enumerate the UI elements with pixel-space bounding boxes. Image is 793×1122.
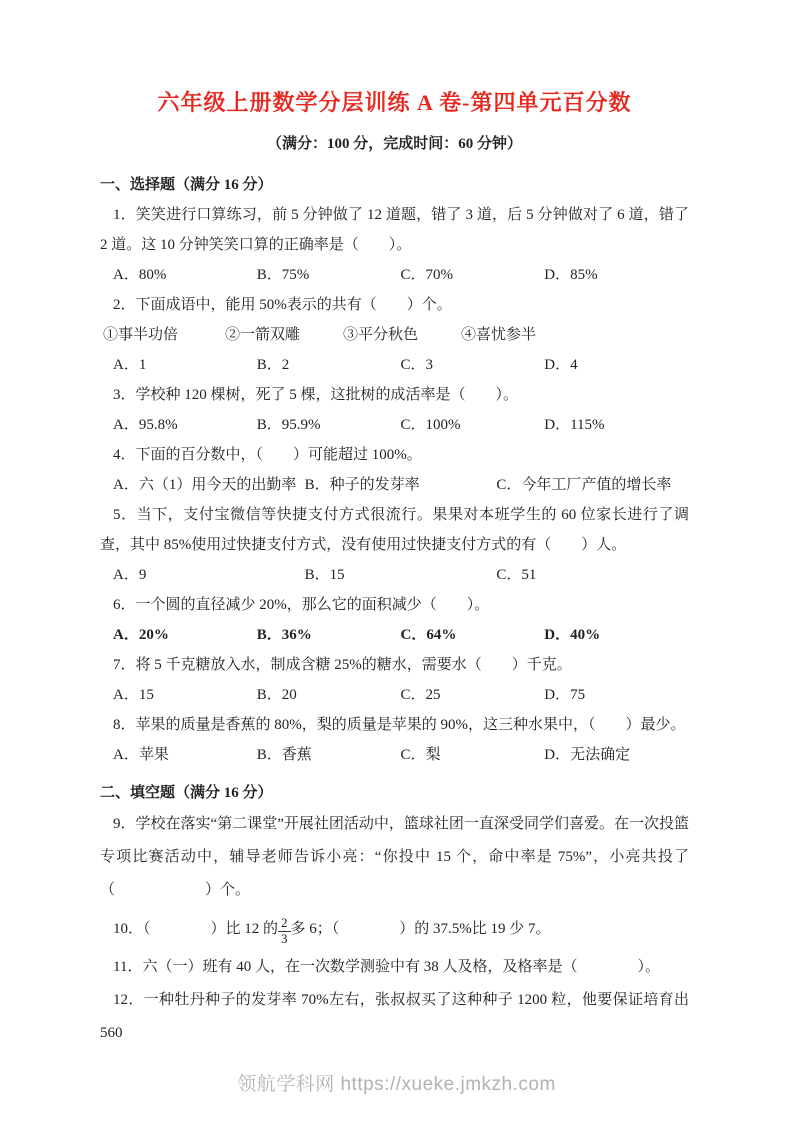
question-2-text: 2．下面成语中，能用 50%表示的共有（ ）个。 <box>100 290 689 320</box>
question-7-text: 7．将 5 千克糖放入水，制成含糖 25%的糖水，需要水（ ）千克。 <box>100 650 689 680</box>
option-5-a: A．9 <box>113 560 305 590</box>
option-4-c: C．今年工厂产值的增长率 <box>496 470 688 500</box>
option-8-b: B．香蕉 <box>257 740 401 770</box>
idiom-4: ④喜忧参半 <box>461 320 678 350</box>
section-2: 二、填空题（满分 16 分） 9．学校在落实“第二课堂”开展社团活动中，篮球社团… <box>100 778 689 1050</box>
question-1-text: 1．笑笑进行口算练习，前 5 分钟做了 12 道题，错了 3 道，后 5 分钟做… <box>100 200 689 260</box>
footer-watermark: 领航学科网 https://xueke.jmkzh.com <box>0 1069 793 1096</box>
option-5-b: B．15 <box>305 560 497 590</box>
fraction-two-thirds: 23 <box>278 916 291 947</box>
page-title: 六年级上册数学分层训练 A 卷-第四单元百分数 <box>100 88 689 118</box>
section-2-heading: 二、填空题（满分 16 分） <box>100 778 689 808</box>
option-1-b: B．75% <box>257 260 401 290</box>
option-6-a: A．20% <box>113 620 257 650</box>
option-2-a: A．1 <box>113 350 257 380</box>
option-7-c: C．25 <box>401 680 545 710</box>
option-8-d: D．无法确定 <box>544 740 688 770</box>
question-5-options: A．9 B．15 C．51 <box>113 560 688 590</box>
option-2-c: C．3 <box>401 350 545 380</box>
question-4-text: 4．下面的百分数中，（ ）可能超过 100%。 <box>100 440 689 470</box>
option-6-c: C．64% <box>401 620 545 650</box>
question-2-idioms: ①事半功倍 ②一箭双雕 ③平分秋色 ④喜忧参半 <box>103 320 678 350</box>
question-10-post: 多 6；（ ）的 37.5%比 19 少 7。 <box>291 921 551 937</box>
exam-page: 六年级上册数学分层训练 A 卷-第四单元百分数 （满分：100 分，完成时间：6… <box>0 0 793 1050</box>
option-4-b: B．种子的发芽率 <box>305 470 497 500</box>
idiom-2: ②一箭双雕 <box>225 320 343 350</box>
question-2-options: A．1 B．2 C．3 D．4 <box>113 350 688 380</box>
option-2-b: B．2 <box>257 350 401 380</box>
option-6-b: B．36% <box>257 620 401 650</box>
option-6-d: D．40% <box>544 620 688 650</box>
question-9-text: 9．学校在落实“第二课堂”开展社团活动中，篮球社团一直深受同学们喜爱。在一次投篮… <box>100 808 689 907</box>
option-3-d: D．115% <box>544 410 688 440</box>
option-5-c: C．51 <box>496 560 688 590</box>
question-10-pre: 10．（ ）比 12 的 <box>113 921 278 937</box>
idiom-1: ①事半功倍 <box>103 320 225 350</box>
question-11-text: 11．六（一）班有 40 人，在一次数学测验中有 38 人及格，及格率是（ ）。 <box>100 951 689 984</box>
option-3-c: C．100% <box>401 410 545 440</box>
option-1-d: D．85% <box>544 260 688 290</box>
question-4-options: A．六（1）用今天的出勤率 B．种子的发芽率 C．今年工厂产值的增长率 <box>113 470 688 500</box>
option-8-a: A．苹果 <box>113 740 257 770</box>
option-3-b: B．95.9% <box>257 410 401 440</box>
option-7-d: D．75 <box>544 680 688 710</box>
option-8-c: C．梨 <box>401 740 545 770</box>
option-7-a: A．15 <box>113 680 257 710</box>
option-3-a: A．95.8% <box>113 410 257 440</box>
page-subtitle: （满分：100 分，完成时间：60 分钟） <box>100 132 689 156</box>
fraction-denominator: 3 <box>278 932 291 947</box>
question-8-options: A．苹果 B．香蕉 C．梨 D．无法确定 <box>113 740 688 770</box>
question-12-text: 12．一种牡丹种子的发芽率 70%左右，张叔叔买了这种种子 1200 粒，他要保… <box>100 984 689 1050</box>
question-6-options: A．20% B．36% C．64% D．40% <box>113 620 688 650</box>
question-3-options: A．95.8% B．95.9% C．100% D．115% <box>113 410 688 440</box>
question-8-text: 8．苹果的质量是香蕉的 80%，梨的质量是苹果的 90%，这三种水果中，（ ）最… <box>100 710 689 740</box>
option-1-c: C．70% <box>401 260 545 290</box>
question-5-text: 5．当下，支付宝微信等快捷支付方式很流行。果果对本班学生的 60 位家长进行了调… <box>100 500 689 560</box>
option-7-b: B．20 <box>257 680 401 710</box>
question-6-text: 6．一个圆的直径减少 20%，那么它的面积减少（ ）。 <box>100 590 689 620</box>
question-7-options: A．15 B．20 C．25 D．75 <box>113 680 688 710</box>
option-4-a: A．六（1）用今天的出勤率 <box>113 470 305 500</box>
fraction-numerator: 2 <box>278 916 291 932</box>
section-1-heading: 一、选择题（满分 16 分） <box>100 170 689 200</box>
question-3-text: 3．学校种 120 棵树，死了 5 棵，这批树的成活率是（ ）。 <box>100 380 689 410</box>
idiom-3: ③平分秋色 <box>343 320 461 350</box>
option-2-d: D．4 <box>544 350 688 380</box>
question-10-text: 10．（ ）比 12 的23多 6；（ ）的 37.5%比 19 少 7。 <box>100 907 689 951</box>
option-1-a: A．80% <box>113 260 257 290</box>
question-1-options: A．80% B．75% C．70% D．85% <box>113 260 688 290</box>
